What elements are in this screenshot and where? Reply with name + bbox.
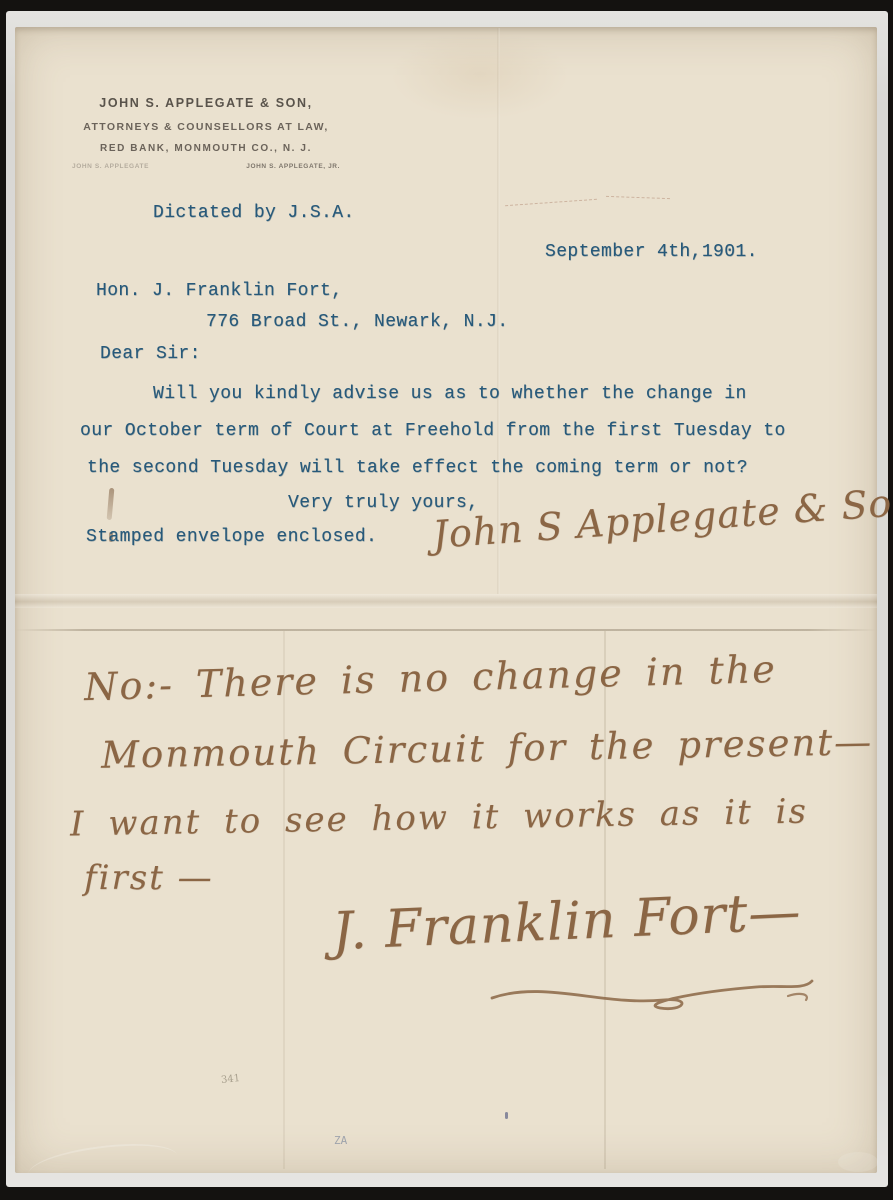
stain — [390, 30, 570, 120]
body-line: the second Tuesday will take effect the … — [87, 458, 748, 478]
recipient-address: 776 Broad St., Newark, N.J. — [206, 312, 508, 332]
blue-mark: ZA — [334, 1134, 347, 1147]
partner-name-left: JOHN S. APPLEGATE — [72, 163, 149, 170]
recipient-line: Hon. J. Franklin Fort, — [96, 281, 342, 301]
ink-speck — [505, 1112, 508, 1119]
body-line: our October term of Court at Freehold fr… — [80, 421, 786, 441]
letterhead-subtitle: ATTORNEYS & COUNSELLORS AT LAW, — [64, 121, 348, 133]
body-line: Will you kindly advise us as to whether … — [153, 384, 747, 404]
letterhead: JOHN S. APPLEGATE & SON, ATTORNEYS & COU… — [64, 96, 348, 154]
pencil-mark: 341 — [220, 1073, 240, 1086]
firm-name: JOHN S. APPLEGATE & SON, — [64, 96, 348, 110]
sleeve-glare — [838, 1152, 878, 1172]
photo-background: JOHN S. APPLEGATE & SON, ATTORNEYS & COU… — [0, 0, 893, 1200]
enclosure-note: Stamped envelope enclosed. — [86, 527, 377, 547]
signature-flourish — [488, 972, 818, 1016]
partner-name-right: JOHN S. APPLEGATE, JR. — [246, 163, 340, 170]
date-line: September 4th,1901. — [545, 242, 758, 262]
letterhead-address: RED BANK, MONMOUTH CO., N. J. — [64, 143, 348, 154]
closing-line: Very truly yours, — [288, 493, 478, 513]
letterhead-partners: JOHN S. APPLEGATE JOHN S. APPLEGATE, JR. — [72, 163, 340, 170]
dictation-note: Dictated by J.S.A. — [153, 203, 355, 223]
salutation: Dear Sir: — [100, 344, 201, 364]
handwritten-reply-line-4: first — — [84, 858, 214, 898]
